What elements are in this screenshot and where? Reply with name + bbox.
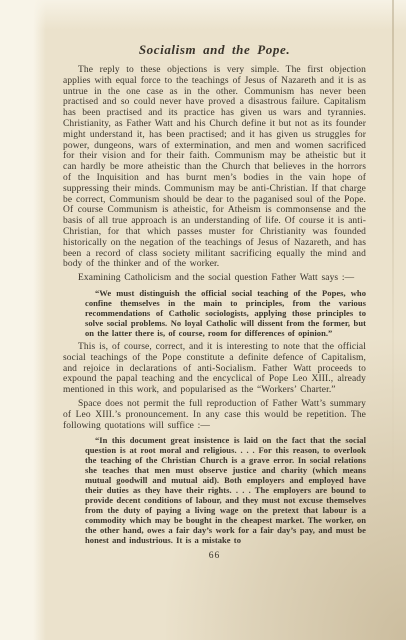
paragraph-reply-to-objections: The reply to these objections is very si… bbox=[63, 65, 366, 270]
paragraph-papal-teaching: This is, of course, correct, and it is i… bbox=[63, 342, 366, 396]
page-content: Socialism and the Pope. The reply to the… bbox=[0, 0, 406, 561]
scanned-book-page: Socialism and the Pope. The reply to the… bbox=[0, 0, 406, 640]
page-number: 66 bbox=[63, 551, 366, 561]
quote-leo-xiii-encyclical: “In this document great insistence is la… bbox=[85, 435, 366, 545]
paragraph-space-does-not-permit: Space does not permit the full reproduct… bbox=[63, 399, 366, 431]
page-title: Socialism and the Pope. bbox=[63, 42, 366, 58]
paragraph-examining-catholicism: Examining Catholicism and the social que… bbox=[63, 273, 366, 284]
quote-father-watt-popes: “We must distinguish the official social… bbox=[85, 288, 366, 338]
